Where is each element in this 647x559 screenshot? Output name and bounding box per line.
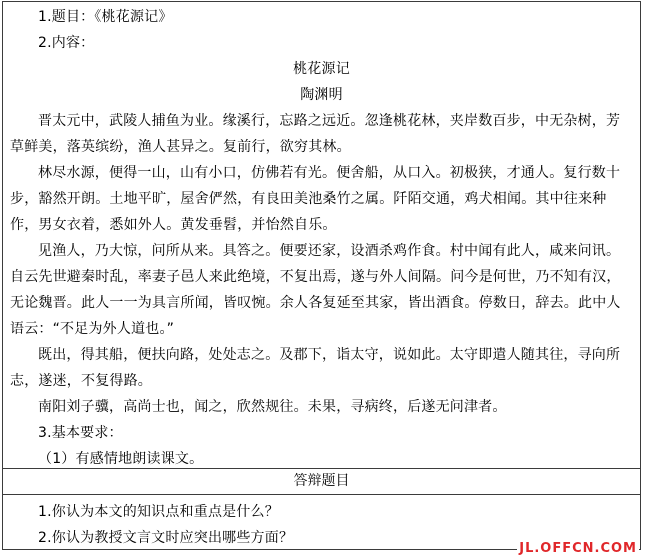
exam-table: 1.题目：《桃花源记》 2.内容： 桃花源记 陶渊明 晋太元中，武陵人捕鱼为业。… bbox=[2, 1, 641, 550]
passage-paragraph-4: 既出，得其船，便扶向路，处处志之。及郡下，诣太守，说如此。太守即遣人随其往，寻向… bbox=[10, 342, 633, 394]
passage-paragraph-1: 晋太元中，武陵人捕鱼为业。缘溪行，忘路之远近。忽逢桃花林，夹岸数百步，中无杂树，… bbox=[10, 108, 633, 160]
passage-paragraph-3: 见渔人，乃大惊，问所从来。具答之。便要还家，设酒杀鸡作食。村中闻有此人，咸来问讯… bbox=[10, 238, 633, 342]
title-line: 1.题目：《桃花源记》 bbox=[10, 4, 633, 30]
passage-author: 陶渊明 bbox=[10, 82, 633, 108]
exam-document-page: 1.题目：《桃花源记》 2.内容： 桃花源记 陶渊明 晋太元中，武陵人捕鱼为业。… bbox=[0, 0, 647, 559]
passage-paragraph-2: 林尽水源，便得一山，山有小口，仿佛若有光。便舍船，从口入。初极狭，才通人。复行数… bbox=[10, 160, 633, 238]
requirements-label: 3.基本要求： bbox=[10, 420, 633, 446]
watermark: JL.OFFCN.COM bbox=[517, 541, 639, 556]
lecture-question-section: 1.题目：《桃花源记》 2.内容： 桃花源记 陶渊明 晋太元中，武陵人捕鱼为业。… bbox=[3, 2, 640, 468]
content-label: 2.内容： bbox=[10, 30, 633, 56]
passage-paragraph-5: 南阳刘子骥，高尚士也，闻之，欣然规往。未果，寻病终，后遂无问津者。 bbox=[10, 394, 633, 420]
passage-title: 桃花源记 bbox=[10, 56, 633, 82]
defense-header-label: 答辩题目 bbox=[294, 473, 350, 489]
defense-header-row: 答辩题目 bbox=[3, 468, 640, 495]
defense-question-1: 1.你认为本文的知识点和重点是什么？ bbox=[10, 499, 633, 525]
requirement-item-1: （1）有感情地朗读课文。 bbox=[10, 446, 633, 468]
